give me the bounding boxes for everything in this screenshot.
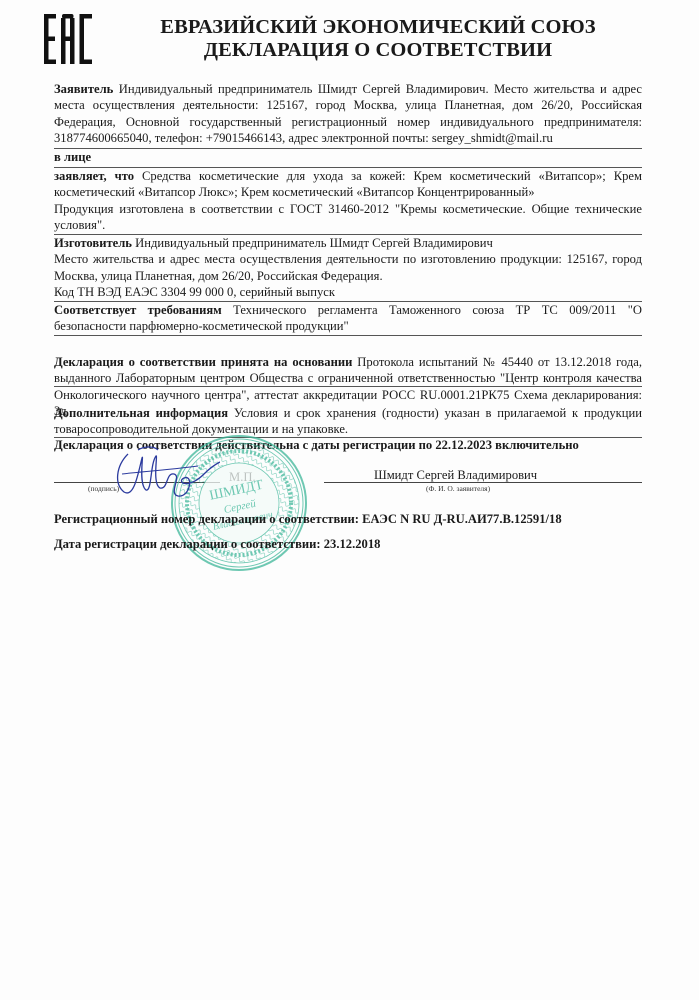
manufacturer-address: Место жительства и адрес места осуществл… <box>54 251 642 284</box>
applicant-label: Заявитель <box>54 82 113 96</box>
divider <box>54 335 642 336</box>
registration-number: Регистрационный номер декларации о соотв… <box>54 512 562 527</box>
manufacturer-name: Индивидуальный предприниматель Шмидт Сер… <box>132 236 493 250</box>
declares-section: заявляет, что Средства косметические для… <box>54 168 642 234</box>
complies-label: Соответствует требованиям <box>54 303 222 317</box>
name-caption: (Ф. И. О. заявителя) <box>426 484 490 493</box>
page-title: ЕВРАЗИЙСКИЙ ЭКОНОМИЧЕСКИЙ СОЮЗ ДЕКЛАРАЦИ… <box>148 16 608 62</box>
additional-info-section: Дополнительная информация Условия и срок… <box>54 405 642 438</box>
declaration-page: ЕВРАЗИЙСКИЙ ЭКОНОМИЧЕСКИЙ СОЮЗ ДЕКЛАРАЦИ… <box>0 0 699 1000</box>
divider <box>54 386 642 387</box>
basis-label: Декларация о соответствии принята на осн… <box>54 355 352 369</box>
additional-info-label: Дополнительная информация <box>54 406 228 420</box>
declares-standard: Продукция изготовлена в соответствии с Г… <box>54 201 642 234</box>
title-declaration: ДЕКЛАРАЦИЯ О СООТВЕТСТВИИ <box>148 39 608 62</box>
declares-products: Средства косметические для ухода за коже… <box>54 169 642 199</box>
represented-by-label: в лице <box>54 150 91 164</box>
registration-date: Дата регистрации декларации о соответств… <box>54 537 380 552</box>
applicant-section: Заявитель Индивидуальный предприниматель… <box>54 81 642 147</box>
manufacturer-section: Изготовитель Индивидуальный предпринимат… <box>54 235 642 301</box>
title-union: ЕВРАЗИЙСКИЙ ЭКОНОМИЧЕСКИЙ СОЮЗ <box>148 16 608 39</box>
manufacturer-code: Код ТН ВЭД ЕАЭС 3304 99 000 0, серийный … <box>54 284 642 300</box>
declares-label: заявляет, что <box>54 169 134 183</box>
applicant-text: Индивидуальный предприниматель Шмидт Сер… <box>54 82 642 145</box>
eac-logo-icon <box>44 14 92 64</box>
signer-name: Шмидт Сергей Владимирович <box>374 468 537 483</box>
manufacturer-label: Изготовитель <box>54 236 132 250</box>
complies-section: Соответствует требованиям Технического р… <box>54 302 642 335</box>
represented-by-section: в лице <box>54 149 642 165</box>
handwritten-signature-icon <box>108 444 220 504</box>
